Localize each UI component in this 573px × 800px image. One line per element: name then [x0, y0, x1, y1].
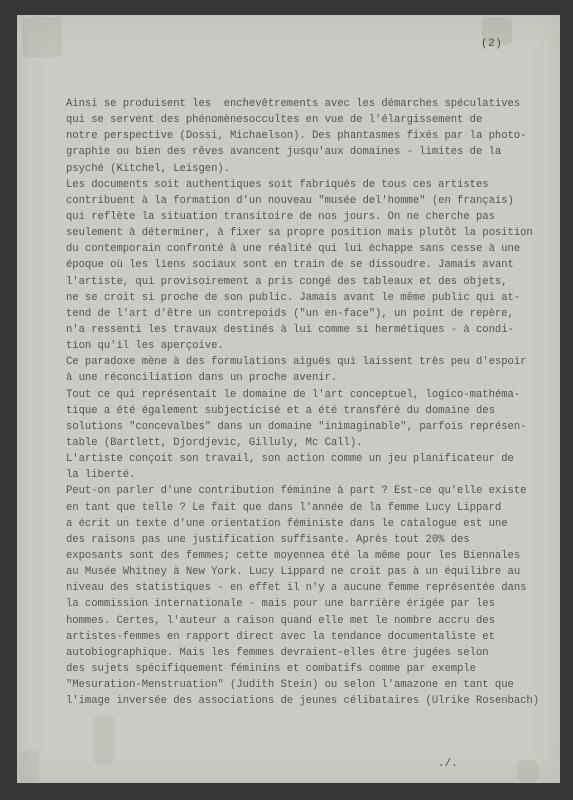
body-text: Ainsi se produisent les enchevêtrements …: [66, 96, 556, 709]
text-line: des sujets spécifiquement féminins et co…: [66, 661, 556, 677]
text-line: la liberté.: [66, 467, 556, 483]
text-line: L'artiste conçoit son travail, son actio…: [66, 451, 556, 467]
text-line: Peut-on parler d'une contribution fémini…: [66, 483, 556, 499]
text-line: exposants sont des femmes; cette moyenne…: [66, 548, 556, 564]
text-line: la commission internationale - mais pour…: [66, 596, 556, 612]
continuation-mark: ./.: [438, 758, 458, 770]
text-line: en tant que telle ? Le fait que dans l'a…: [66, 500, 556, 516]
tape-mark: [517, 760, 539, 783]
text-line: solutions "concevalbes" dans un domaine …: [66, 419, 556, 435]
tape-mark: [22, 17, 62, 57]
text-line: contribuent à la formation d'un nouveau …: [66, 193, 556, 209]
text-line: autobiographique. Mais les femmes devrai…: [66, 645, 556, 661]
text-line: seulement à déterminer, à fixer sa propr…: [66, 225, 556, 241]
text-line: psyché (Kitchel, Leisgen).: [66, 161, 556, 177]
text-line: au Musée Whitney à New York. Lucy Lippar…: [66, 564, 556, 580]
text-line: ne se croit si proche de son public. Jam…: [66, 290, 556, 306]
text-line: tend de l'art d'être un contrepoids ("un…: [66, 306, 556, 322]
tape-mark: [93, 715, 115, 765]
text-line: "Mesuration-Menstruation" (Judith Stein)…: [66, 677, 556, 693]
text-line: qui se servent des phénomènesoccultes en…: [66, 112, 556, 128]
text-line: du contemporain confronté à une réalité …: [66, 241, 556, 257]
text-line: n'a ressenti les travaux destinés à lui …: [66, 322, 556, 338]
text-line: époque où les liens sociaux sont en trai…: [66, 257, 556, 273]
text-line: a écrit un texte d'une orientation fémin…: [66, 516, 556, 532]
text-line: graphie ou bien des rêves avancent jusqu…: [66, 144, 556, 160]
tape-mark: [17, 750, 39, 783]
text-line: niveau des statistiques - en effet il n'…: [66, 580, 556, 596]
text-line: à une réconciliation dans un proche aven…: [66, 370, 556, 386]
text-line: Ce paradoxe mène à des formulations aigu…: [66, 354, 556, 370]
text-line: l'image inversée des associations de jeu…: [66, 693, 556, 709]
text-line: Les documents soit authentiques soit fab…: [66, 177, 556, 193]
text-line: Tout ce qui représentait le domaine de l…: [66, 387, 556, 403]
text-line: table (Bartlett, Djordjevic, Gilluly, Mc…: [66, 435, 556, 451]
text-line: l'artiste, qui provisoirement a pris con…: [66, 274, 556, 290]
text-line: artistes-femmes en rapport direct avec l…: [66, 629, 556, 645]
page-number: (2): [481, 38, 502, 50]
text-line: Ainsi se produisent les enchevêtrements …: [66, 96, 556, 112]
text-line: qui reflète la situation transitoire de …: [66, 209, 556, 225]
text-line: hommes. Certes, l'auteur a raison quand …: [66, 613, 556, 629]
text-line: notre perspective (Dossi, Michaelson). D…: [66, 128, 556, 144]
text-line: des raisons pas une justification suffis…: [66, 532, 556, 548]
text-line: tique a été également subjecticisé et a …: [66, 403, 556, 419]
text-line: tion qu'il les aperçoive.: [66, 338, 556, 354]
